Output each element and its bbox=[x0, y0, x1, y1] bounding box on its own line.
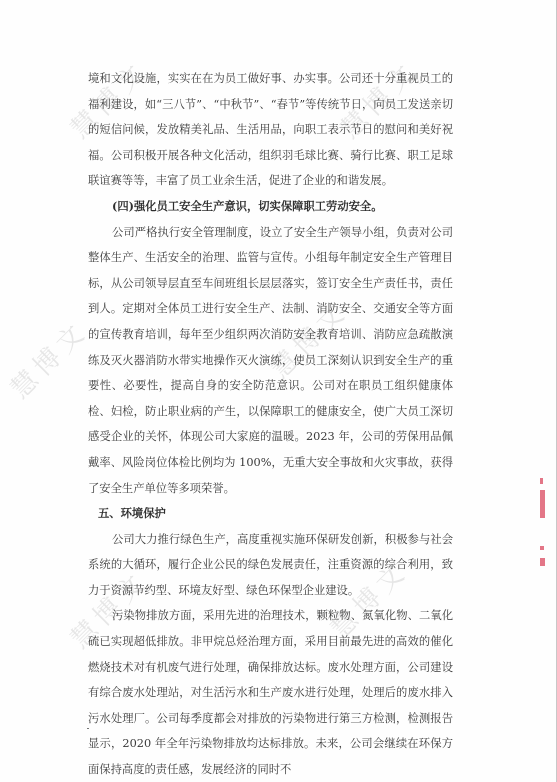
document-body: 境和文化设施，实实在在为员工做好事、办实事。公司还十分重视员工的福利建设，如“三… bbox=[88, 66, 453, 782]
section-heading-environment: 五、环境保护 bbox=[88, 501, 453, 527]
seal-stamp-partial bbox=[540, 478, 550, 568]
watermark: 慧博文 bbox=[1, 311, 95, 405]
paragraph-green-production: 公司大力推行绿色生产，高度重视实施环保研发创新，积极参与社会系统的大循环，履行企… bbox=[88, 527, 453, 604]
paragraph-emissions: 污染物排放方面，采用先进的治理技术，颗粒物、氮氧化物、二氧化硫已实现超低排放。非… bbox=[88, 603, 453, 782]
paragraph-welfare: 境和文化设施，实实在在为员工做好事、办实事。公司还十分重视员工的福利建设，如“三… bbox=[88, 66, 453, 194]
document-page: 慧博文 慧博文 慧博文 慧博文 慧博文 慧博文 境和文化设施，实实在在为员工做好… bbox=[0, 0, 557, 782]
paragraph-safety: 公司严格执行安全管理制度，设立了安全生产领导小组，负责对公司整体生产、生活安全的… bbox=[88, 220, 453, 502]
page-mark bbox=[87, 728, 89, 729]
subheading-safety: (四)强化员工安全生产意识，切实保障职工劳动安全。 bbox=[88, 194, 453, 220]
